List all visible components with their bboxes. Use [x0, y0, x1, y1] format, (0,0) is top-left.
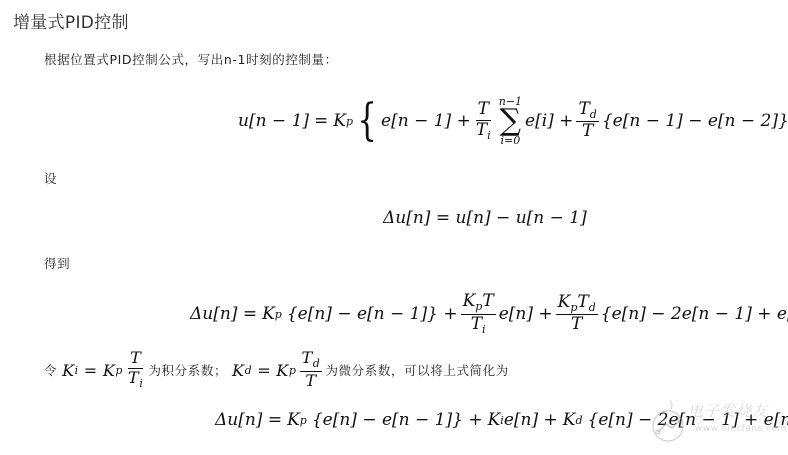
- eq3-frac2-num: K: [558, 292, 571, 312]
- intro-paragraph: 根据位置式PID控制公式，写出n-1时刻的控制量：: [44, 50, 338, 68]
- eq1-kp: K: [333, 111, 346, 131]
- eq1-summation: n−1 ∑ i=0: [499, 96, 522, 147]
- eq4-lhs: Δu[n] =: [215, 410, 282, 430]
- kd-lhs: K: [232, 361, 245, 380]
- eq1-equals: =: [314, 111, 328, 131]
- eq4-kp-sub: p: [300, 414, 307, 427]
- eq1-frac1: T Ti: [474, 101, 493, 141]
- sum-symbol: ∑: [500, 107, 521, 136]
- eq4-term1: {e[n] − e[n − 1]} +: [312, 410, 483, 430]
- eq3-lhs: Δu[n] =: [190, 304, 257, 324]
- eq1-term1: e[n − 1] +: [381, 111, 471, 131]
- kd-suffix: 为微分系数，可以将上式简化为: [325, 361, 508, 379]
- watermark-url: www.elecfans.com: [695, 424, 787, 434]
- kd-frac-num: T: [302, 348, 313, 367]
- kd-definition: Kd = Kp Td T: [232, 350, 325, 389]
- eq4-kd: K: [563, 410, 576, 430]
- eq3-term3: {e[n] − 2e[n − 1] + e[n − 2]}: [601, 304, 788, 324]
- eq1-frac1-den: T: [476, 120, 487, 140]
- kd-kp: K: [276, 361, 289, 380]
- eq3-frac2-num-tail: T: [577, 292, 588, 312]
- eq3-frac1-den-sub: i: [482, 323, 486, 336]
- ki-frac-num: T: [130, 348, 141, 367]
- eq1-kp-sub: p: [346, 115, 353, 128]
- eq4-term2: e[n] +: [504, 410, 558, 430]
- eq3-frac1: KpT Ti: [461, 293, 496, 335]
- equation-position-pid: u[n − 1] = Kp { e[n − 1] + T Ti n−1 ∑ i=…: [238, 84, 788, 158]
- ki-frac: T Ti: [126, 350, 145, 389]
- ki-frac-den-sub: i: [139, 377, 143, 390]
- kd-equals: =: [257, 361, 271, 380]
- page-title: 增量式PID控制: [13, 8, 129, 33]
- eq1-frac2: Td T: [576, 101, 598, 141]
- eq1-term3: {e[n − 1] − e[n − 2]}: [602, 111, 788, 131]
- ki-lhs: K: [62, 361, 75, 380]
- ki-frac-den: T: [128, 368, 139, 387]
- coefficient-definitions: 令 Ki = Kp T Ti 为积分系数； Kd = Kp Td T 为微分系数…: [44, 350, 509, 390]
- eq1-frac1-den-sub: i: [487, 129, 491, 142]
- eq1-lhs: u[n − 1]: [238, 111, 309, 131]
- kd-kp-sub: p: [289, 364, 297, 377]
- equation-delta-def: Δu[n] = u[n] − u[n − 1]: [383, 208, 587, 228]
- ki-kp-sub: p: [115, 364, 123, 377]
- eq1-frac2-den: T: [582, 121, 593, 141]
- kd-lhs-sub: d: [245, 364, 253, 377]
- ki-kp: K: [103, 361, 116, 380]
- eq3-frac1-num: K: [463, 291, 476, 311]
- eq3-frac1-den: T: [471, 314, 482, 334]
- sum-lower-limit: i=0: [500, 135, 520, 146]
- obtain-paragraph: 得到: [44, 254, 70, 272]
- eq3-frac1-num-tail: T: [482, 291, 493, 311]
- eq4-kp: K: [287, 410, 300, 430]
- eq1-frac1-num: T: [478, 99, 489, 119]
- watermark-logo-icon: [650, 400, 690, 446]
- watermark-brand: 电子发烧友: [688, 400, 768, 421]
- eq3-frac2-den: T: [571, 314, 582, 334]
- eq2-text: Δu[n] = u[n] − u[n − 1]: [383, 208, 587, 228]
- kd-frac: Td T: [300, 350, 323, 389]
- eq3-frac2-num-tail-sub: d: [589, 301, 596, 314]
- eq3-kp-sub: p: [275, 308, 282, 321]
- eq3-term1: {e[n] − e[n − 1]} +: [287, 304, 458, 324]
- eq4-ki: K: [488, 410, 501, 430]
- equation-incremental-expanded: Δu[n] = Kp {e[n] − e[n − 1]} + KpT Ti e[…: [190, 288, 788, 340]
- eq1-term2: e[i] +: [525, 111, 573, 131]
- kd-frac-num-sub: d: [313, 357, 321, 370]
- kd-frac-den: T: [305, 371, 316, 390]
- define-prefix: 令: [44, 361, 57, 379]
- ki-lhs-sub: i: [75, 364, 79, 377]
- ki-equals: =: [84, 361, 98, 380]
- watermark: 电子发烧友 www.elecfans.com: [650, 398, 788, 450]
- ki-suffix: 为积分系数；: [148, 361, 227, 379]
- eq3-term2: e[n] +: [499, 304, 553, 324]
- ki-definition: Ki = Kp T Ti: [62, 350, 148, 389]
- let-paragraph: 设: [44, 169, 57, 187]
- eq1-frac2-num: T: [578, 99, 589, 119]
- eq4-kd-sub: d: [575, 414, 582, 427]
- eq1-open-brace: {: [357, 99, 377, 143]
- eq1-frac2-num-sub: d: [590, 108, 597, 121]
- eq3-frac2: KpTd T: [556, 294, 598, 334]
- eq3-kp: K: [262, 304, 275, 324]
